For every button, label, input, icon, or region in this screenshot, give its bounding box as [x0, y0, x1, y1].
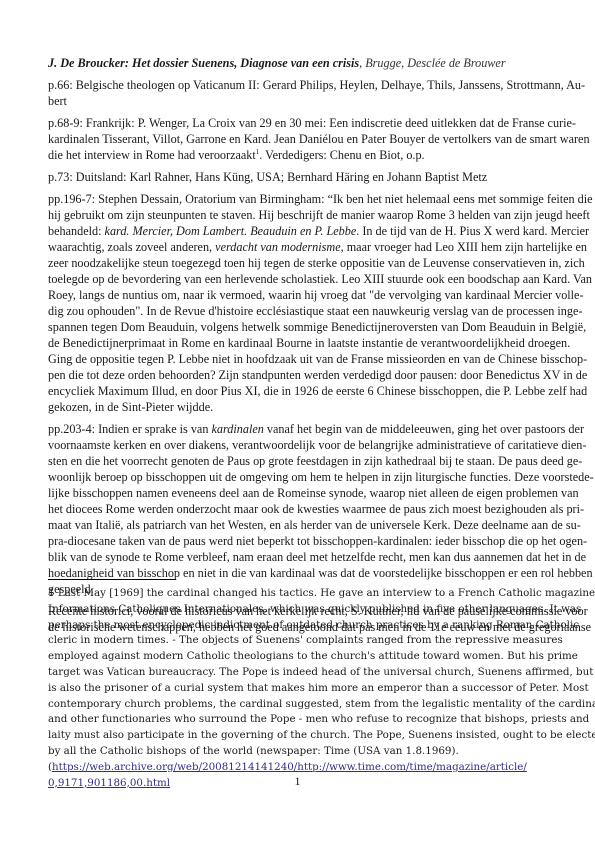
text-segment: waarachtig, zoals zoveel anderen, — [48, 240, 215, 254]
text-line: toelegde op de bevordering van een herle… — [48, 271, 552, 287]
text-line: gekozen, in de Sint-Pieter wijdde. — [48, 399, 552, 415]
text-segment: pp.203-4: Indien er sprake is van — [48, 422, 211, 436]
text-line: pp.196-7: Stephen Dessain, Oratorium van… — [48, 191, 552, 207]
text-line: p.73: Duitsland: Karl Rahner, Hans Küng,… — [48, 169, 552, 185]
text-line: zeer noodzakelijke steun toegezegd toen … — [48, 255, 552, 271]
text-line: waarachtig, zoals zoveel anderen, verdac… — [48, 239, 552, 255]
time-archive-link[interactable]: https://web.archive.org/web/200812141412… — [52, 761, 527, 773]
text-line: blik van de synode te Rome verbleef, nam… — [48, 549, 552, 565]
text-line: de Benedictijnerprimaat in Rome en kardi… — [48, 335, 552, 351]
italic-word: kardinalen — [211, 422, 263, 436]
text-line: pen die tot deze orden behoorden? Zijn s… — [48, 367, 552, 383]
footnote-line: contemporary church problems, the cardin… — [48, 697, 558, 713]
italic-names: kard. Mercier, Dom Lambert. Beauduin en … — [105, 224, 357, 238]
italic-phrase: verdacht van modernisme — [215, 240, 340, 254]
text-line: behandeld: kard. Mercier, Dom Lambert. B… — [48, 223, 552, 239]
footnote-line: and other functionaries who surround the… — [48, 712, 558, 728]
text-line: spannen tegen Dom Beauduin, volgens hetw… — [48, 319, 552, 335]
text-line: die het interview in Rome had veroorzaak… — [48, 147, 552, 163]
text-line: Ging de oppositie tegen P. Lebbe niet in… — [48, 351, 552, 367]
text-line: pp.203-4: Indien er sprake is van kardin… — [48, 421, 552, 437]
footnote-line: 1 Last May [1969] the cardinal changed h… — [48, 586, 558, 602]
text-line: p.66: Belgische theologen op Vaticanum I… — [48, 77, 552, 93]
text-line: bert — [48, 93, 552, 109]
text-line: encycliek Maximum Illud, en door Pius XI… — [48, 383, 552, 399]
text-segment: vanaf het begin van de middeleeuwen, gin… — [264, 422, 584, 436]
footnote-line: target was Vatican bureaucracy. The Pope… — [48, 665, 558, 681]
paragraph-p66: p.66: Belgische theologen op Vaticanum I… — [48, 77, 552, 109]
text-segment: . Verdedigers: Chenu en Biot, o.p. — [259, 148, 424, 162]
text-segment: behandeld: — [48, 224, 105, 238]
footnote-line: is also the prisoner of a curial system … — [48, 681, 558, 697]
text-line: het diocees Rome werden onderzocht maar … — [48, 501, 552, 517]
book-title: J. De Broucker: Het dossier Suenens, Dia… — [48, 56, 359, 70]
text-line: woonlijk beroep op bisschoppen uit de om… — [48, 469, 552, 485]
book-heading: J. De Broucker: Het dossier Suenens, Dia… — [48, 55, 552, 71]
footnote-line: laity must also participate in the gover… — [48, 728, 558, 744]
footnote-line: by all the Catholic bishops of the world… — [48, 744, 558, 760]
book-publisher: , Brugge, Desclée de Brouwer — [359, 56, 505, 70]
footnote-separator — [48, 579, 176, 580]
text-line: sten en die het voorrecht genoten de Pau… — [48, 453, 552, 469]
footnote-line: perhaps the most encyclopedic indictment… — [48, 618, 558, 634]
text-segment: , maar vroeger had Leo XIII hem zijn har… — [341, 240, 587, 254]
text-line: dig zou ophouden". In de Revue d'histoir… — [48, 303, 552, 319]
text-line: voornaamste kerken en over diakens, vera… — [48, 437, 552, 453]
text-line: lijke bisschoppen namen eveneens deel aa… — [48, 485, 552, 501]
text-line: kardinalen Tisserant, Villot, Garrone en… — [48, 131, 552, 147]
text-segment: . In de tijd van de H. Pius X werd kard.… — [356, 224, 589, 238]
page-number: 1 — [0, 774, 595, 789]
paragraph-p203: pp.203-4: Indien er sprake is van kardin… — [48, 421, 552, 597]
text-segment: die het interview in Rome had veroorzaak… — [48, 148, 256, 162]
footnote-line: cleric in modern times. - The objects of… — [48, 633, 558, 649]
text-line: hij gebruikt om zijn steunpunten te stav… — [48, 207, 552, 223]
document-body: J. De Broucker: Het dossier Suenens, Dia… — [48, 55, 552, 641]
footnote-line: Informations Catholiques Internationales… — [48, 602, 558, 618]
text-line: pra-diocesane taken van de paus werd nie… — [48, 533, 552, 549]
paragraph-p68: p.68-9: Frankrijk: P. Wenger, La Croix v… — [48, 115, 552, 163]
text-line: maat van Italië, als patriarch van het W… — [48, 517, 552, 533]
footnote-1: 1 Last May [1969] the cardinal changed h… — [48, 586, 558, 791]
text-line: p.68-9: Frankrijk: P. Wenger, La Croix v… — [48, 115, 552, 131]
text-line: Roey, langs de nuntius om, naar ik vermo… — [48, 287, 552, 303]
paragraph-p73: p.73: Duitsland: Karl Rahner, Hans Küng,… — [48, 169, 552, 185]
footnote-line: employed against modern Catholic theolog… — [48, 649, 558, 665]
paragraph-p196: pp.196-7: Stephen Dessain, Oratorium van… — [48, 191, 552, 415]
